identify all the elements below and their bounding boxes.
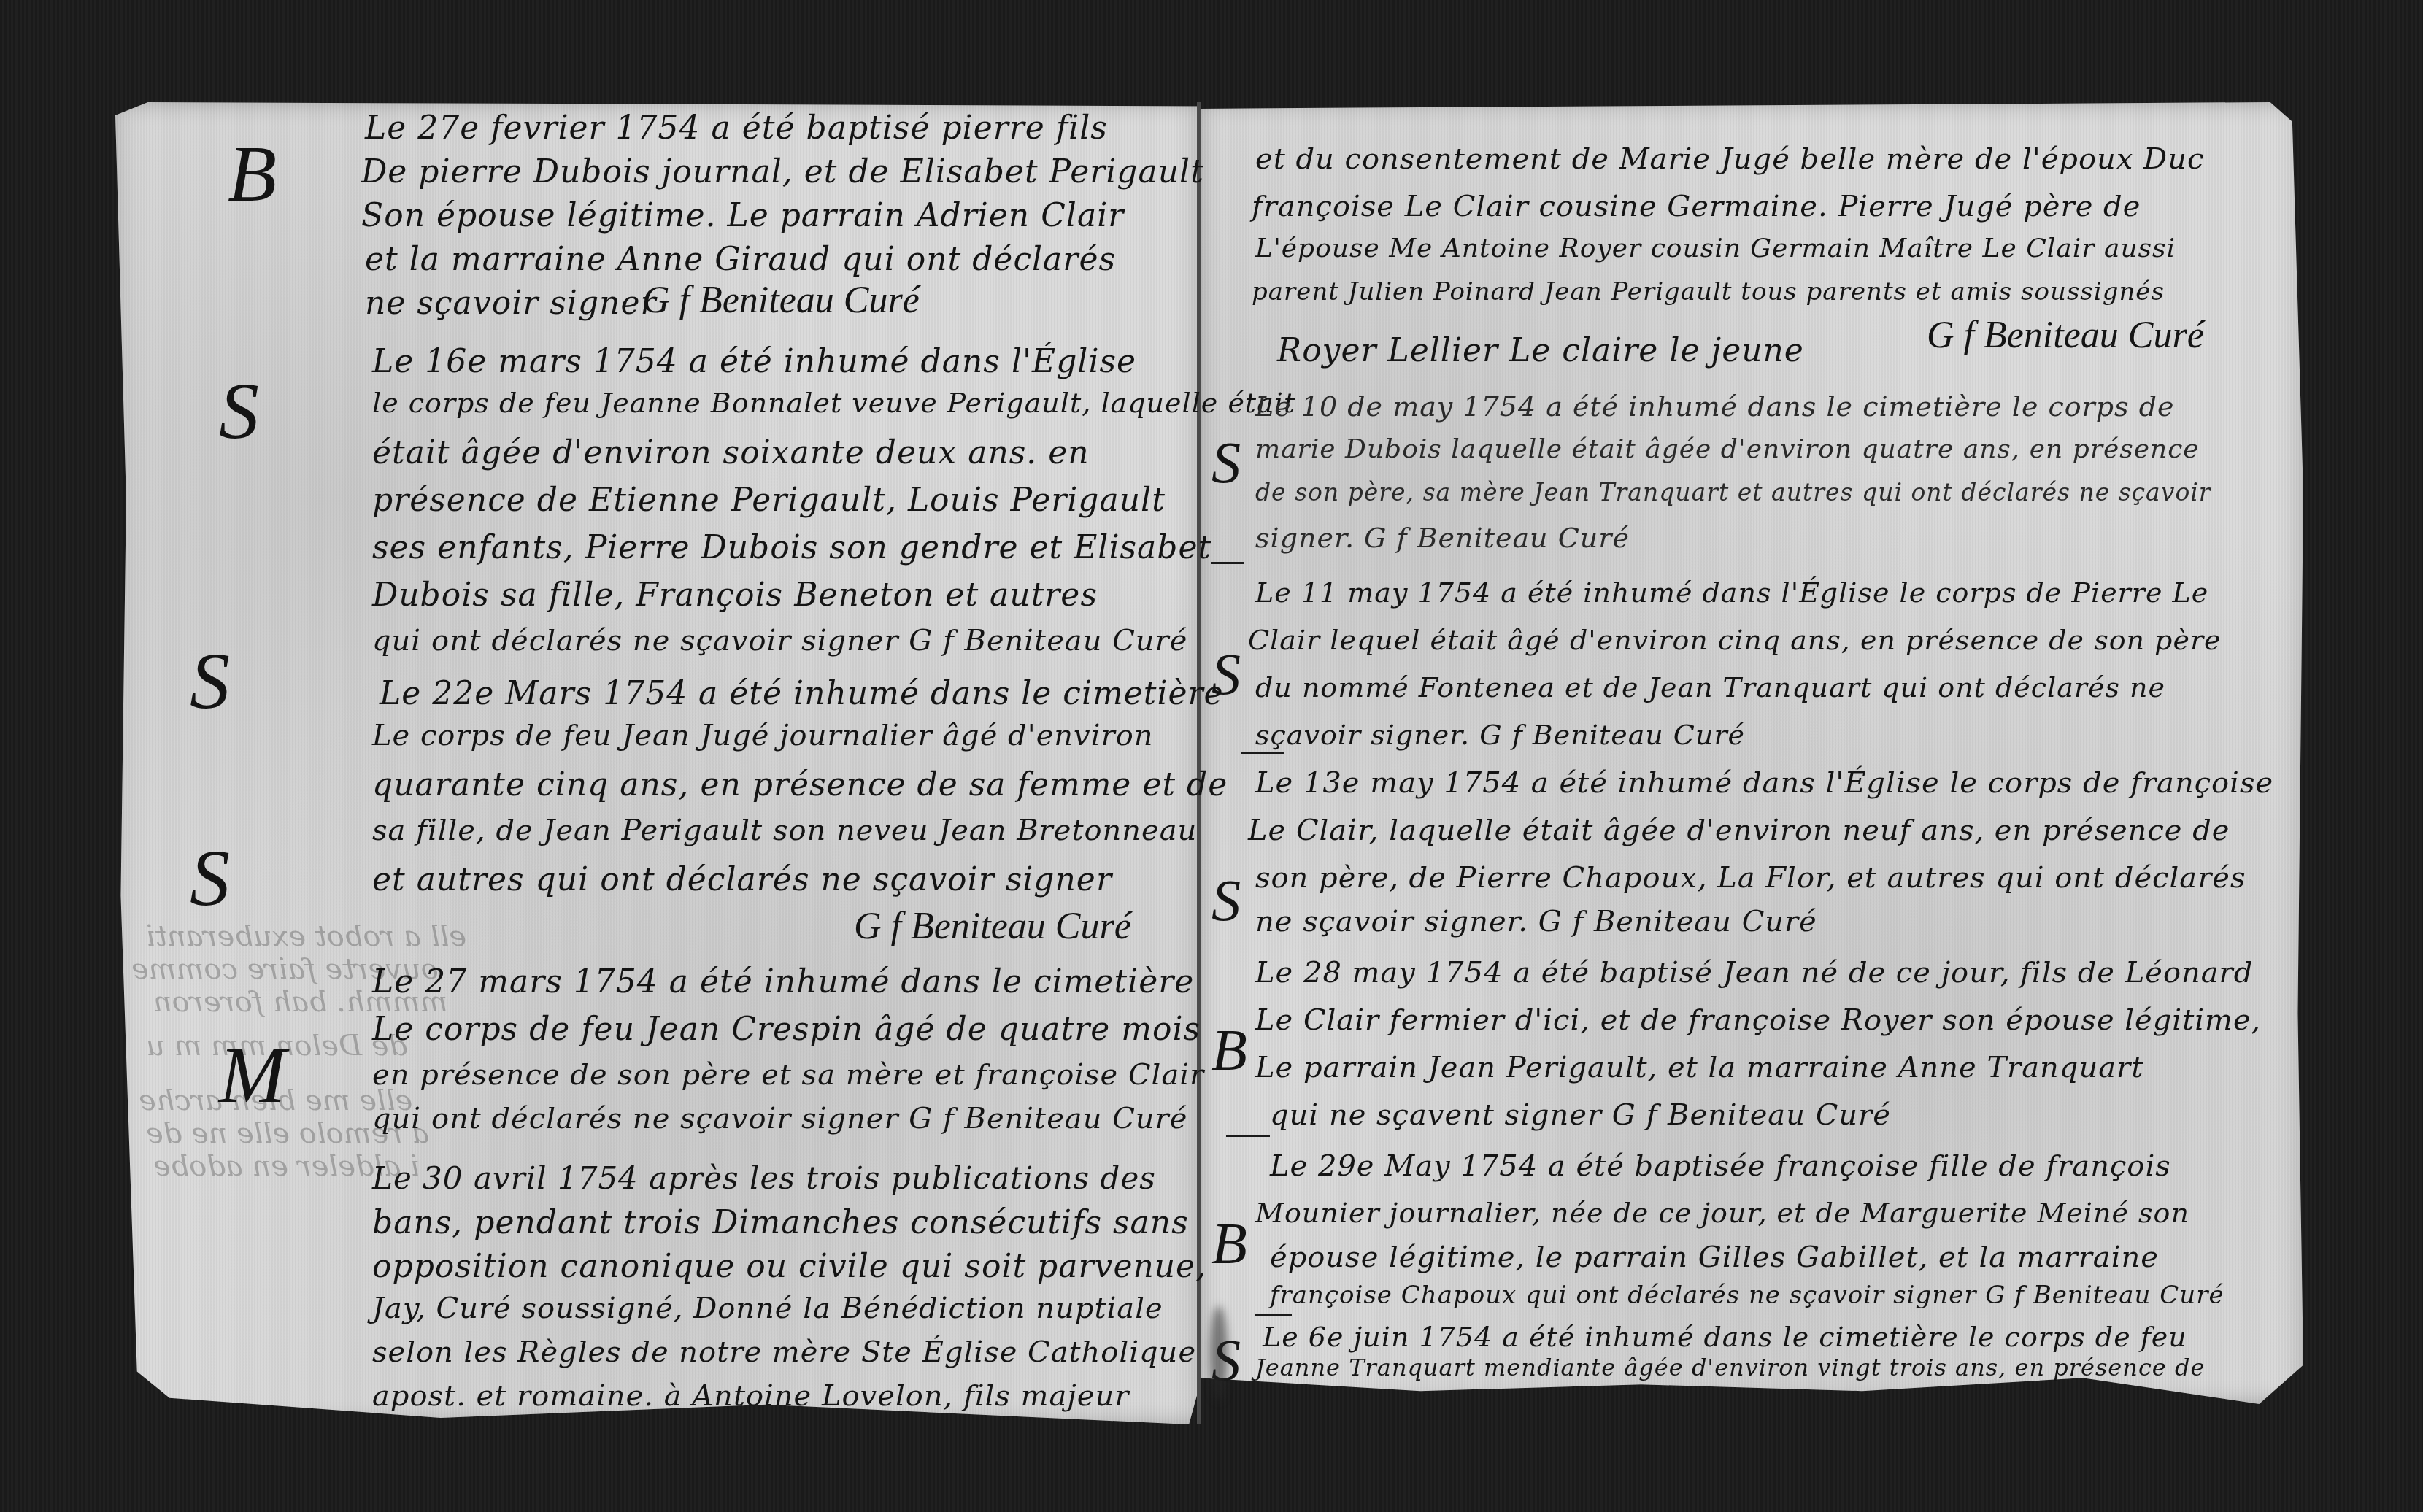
text-line: Le 13e may 1754 a été inhumé dans l'Égli… [1255, 766, 2273, 800]
text-line: Mounier journalier, née de ce jour, et d… [1255, 1197, 2189, 1229]
text-line: françoise Le Clair cousine Germaine. Pie… [1252, 190, 2141, 223]
priest-signature: G f Beniteau Curé [1927, 314, 2204, 357]
margin-mark-baptism: B [1211, 1211, 1247, 1278]
margin-mark-baptism: B [1211, 1018, 1247, 1084]
text-line: le corps de feu Jeanne Bonnalet veuve Pe… [372, 387, 1295, 419]
ink-stain [1210, 1306, 1228, 1401]
text-line: opposition canonique ou civile qui soit … [372, 1248, 1206, 1285]
text-line: parent Julien Poinard Jean Perigault tou… [1252, 277, 2165, 306]
priest-signature: G f Beniteau Curé [642, 279, 920, 322]
text-line: Le corps de feu Jean Jugé journalier âgé… [372, 719, 1153, 752]
text-line: Son épouse légitime. Le parrain Adrien C… [361, 197, 1124, 234]
witness-signatures: Royer Lellier Le claire le jeune [1277, 332, 1804, 369]
text-line: De pierre Dubois journal, et de Elisabet… [361, 153, 1204, 190]
text-line: Le corps de feu Jean Crespin âgé de quat… [372, 1011, 1201, 1048]
text-line: L'épouse Me Antoine Royer cousin Germain… [1255, 234, 2176, 263]
margin-mark-burial: S [1211, 431, 1241, 497]
text-line: du nommé Fontenea et de Jean Tranquart q… [1255, 671, 2165, 703]
margin-mark-burial: S [219, 365, 259, 458]
text-line: son père, de Pierre Chapoux, La Flor, et… [1255, 861, 2246, 895]
text-line: présence de Etienne Perigault, Louis Per… [372, 482, 1166, 519]
entry-separator [1211, 562, 1244, 564]
margin-mark-burial: S [1211, 642, 1241, 709]
text-line: Le 27 mars 1754 a été inhumé dans le cim… [372, 963, 1194, 1000]
text-line: Dubois sa fille, François Beneton et aut… [372, 576, 1098, 614]
text-line: Le 10 de may 1754 a été inhumé dans le c… [1255, 390, 2175, 423]
text-line: Le 29e May 1754 a été baptisée françoise… [1270, 1149, 2171, 1183]
priest-signature: G f Beniteau Curé [854, 905, 1131, 948]
text-line: Clair lequel était âgé d'environ cinq an… [1248, 624, 2222, 656]
text-line: ses enfants, Pierre Dubois son gendre et… [372, 529, 1211, 566]
text-line: en présence de son père et sa mère et fr… [372, 1058, 1204, 1092]
text-line: sa fille, de Jean Perigault son neveu Je… [372, 814, 1197, 847]
margin-mark-burial: S [1211, 868, 1241, 935]
text-line: Le Clair, laquelle était âgée d'environ … [1248, 814, 2230, 847]
text-line: Le 16e mars 1754 a été inhumé dans l'Égl… [372, 343, 1136, 380]
text-line: de son père, sa mère Jean Tranquart et a… [1255, 478, 2211, 506]
text-line: qui ont déclarés ne sçavoir signer G f B… [372, 624, 1187, 657]
text-line: Le 6e juin 1754 a été inhumé dans le cim… [1263, 1321, 2187, 1353]
entry-separator [1226, 1135, 1270, 1137]
text-line: Le 22e Mars 1754 a été inhumé dans le ci… [380, 675, 1224, 712]
margin-mark-burial: S [190, 635, 230, 728]
margin-mark-baptism: B [228, 128, 277, 220]
text-line: Le 30 avril 1754 après les trois publica… [372, 1160, 1156, 1196]
text-line: était âgée d'environ soixante deux ans. … [372, 434, 1090, 471]
text-line: selon les Règles de notre mère Ste Églis… [372, 1335, 1196, 1369]
text-line: Le Clair fermier d'ici, et de françoise … [1255, 1003, 2261, 1037]
text-line: Le 27e fevrier 1754 a été baptisé pierre… [365, 109, 1108, 147]
text-line: et autres qui ont déclarés ne sçavoir si… [372, 861, 1112, 898]
text-line: et la marraine Anne Giraud qui ont décla… [365, 241, 1116, 278]
text-line: Le parrain Jean Perigault, et la marrain… [1255, 1051, 2143, 1084]
text-line: ne sçavoir signer. G f Beniteau Curé [1255, 905, 1817, 938]
margin-mark-burial: S [190, 832, 230, 925]
entry-separator [1255, 1314, 1292, 1316]
text-line: signer. G f Beniteau Curé [1255, 522, 1630, 554]
text-line: ne sçavoir signer [365, 285, 657, 322]
entry-separator [1241, 752, 1284, 754]
text-line: apost. et romaine. à Antoine Lovelon, fi… [372, 1379, 1129, 1413]
text-line: Le 11 may 1754 a été inhumé dans l'Églis… [1255, 576, 2208, 609]
margin-mark-marriage: M [219, 1029, 286, 1122]
text-line: et du consentement de Marie Jugé belle m… [1255, 142, 2204, 176]
text-line: marie Dubois laquelle était âgée d'envir… [1255, 434, 2200, 464]
text-line: qui ont déclarés ne sçavoir signer G f B… [372, 1102, 1187, 1135]
text-line: Jeanne Tranquart mendiante âgée d'enviro… [1255, 1354, 2205, 1381]
text-line: françoise Chapoux qui ont déclarés ne sç… [1270, 1281, 2224, 1310]
text-line: épouse légitime, le parrain Gilles Gabil… [1270, 1241, 2159, 1274]
text-line: Jay, Curé soussigné, Donné la Bénédictio… [372, 1292, 1163, 1325]
text-line: sçavoir signer. G f Beniteau Curé [1255, 719, 1745, 751]
text-line: Le 28 may 1754 a été baptisé Jean né de … [1255, 956, 2253, 990]
text-line: qui ne sçavent signer G f Beniteau Curé [1270, 1098, 1891, 1132]
text-line: quarante cinq ans, en présence de sa fem… [372, 766, 1228, 803]
